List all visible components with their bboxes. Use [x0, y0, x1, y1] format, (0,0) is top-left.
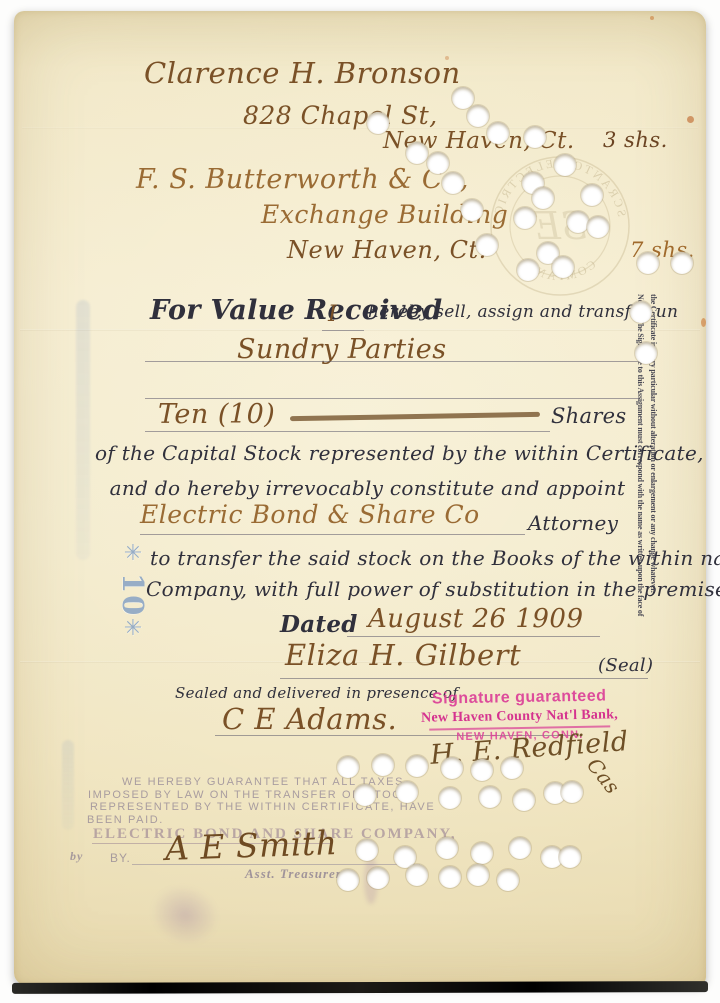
pronoun-fill: I	[328, 302, 337, 327]
dated-label: Dated	[280, 611, 358, 638]
punch-hole	[559, 846, 581, 868]
treasurer-title: Asst. Treasurer,	[245, 866, 345, 882]
punch-hole	[532, 187, 554, 209]
punch-hole	[467, 864, 489, 886]
punch-hole	[452, 87, 474, 109]
ornament-star-icon: ✳	[115, 616, 151, 641]
stamp-line-1: Signature guaranteed	[421, 687, 618, 708]
punch-hole	[427, 152, 449, 174]
ink-bleedthrough-streak	[76, 300, 90, 560]
punch-hole	[567, 211, 589, 233]
fill-line	[322, 330, 364, 331]
punch-hole	[442, 172, 464, 194]
punch-hole	[581, 184, 603, 206]
punch-hole	[471, 759, 493, 781]
punch-hole	[635, 342, 657, 364]
punch-hole	[517, 259, 539, 281]
shareholder-city: New Haven, Ct.	[287, 236, 487, 264]
attorney-word: Attorney	[528, 511, 618, 535]
form-line	[145, 431, 550, 432]
punch-hole	[487, 122, 509, 144]
foxing-spot	[650, 16, 654, 20]
punch-hole	[396, 781, 418, 803]
shareholder-name: F. S. Butterworth & Co,	[136, 164, 469, 195]
shareholder-name: Clarence H. Bronson	[144, 56, 461, 90]
punch-hole	[441, 757, 463, 779]
date-fill: August 26 1909	[368, 604, 583, 634]
punch-hole	[671, 252, 693, 274]
tax-stamp-line-3: REPRESENTED BY THE WITHIN CERTIFICATE, H…	[90, 801, 435, 813]
form-line	[140, 534, 525, 535]
punch-hole	[476, 234, 498, 256]
denomination-value: 10	[116, 573, 150, 609]
punch-hole	[513, 789, 535, 811]
punch-hole	[337, 869, 359, 891]
ink-bleedthrough-streak	[62, 740, 74, 830]
appoint-line: and do hereby irrevocably constitute and…	[95, 476, 640, 500]
capital-stock-line: of the Capital Stock represented by the …	[95, 441, 640, 465]
punch-hole	[439, 787, 461, 809]
treasurer-signature: A E Smith	[164, 823, 338, 868]
attorney-name-fill: Electric Bond & Share Co	[140, 500, 480, 529]
punch-hole	[509, 837, 531, 859]
punch-hole	[587, 216, 609, 238]
form-line	[347, 636, 600, 637]
share-count-fill: Ten (10)	[158, 399, 275, 430]
tax-stamp-line-4: BEEN PAID.	[87, 814, 164, 826]
punch-hole	[554, 154, 576, 176]
stamp-line-2: New Haven County Nat'l Bank,	[421, 707, 618, 726]
punch-hole	[337, 756, 359, 778]
punch-hole	[372, 754, 394, 776]
punch-hole	[461, 199, 483, 221]
punch-hole	[367, 867, 389, 889]
punch-hole	[630, 301, 652, 323]
punch-hole	[471, 842, 493, 864]
witness-signature: C E Adams.	[222, 702, 397, 736]
shares-word: Shares	[551, 404, 626, 428]
ornament-star-icon: ✳	[115, 541, 151, 566]
punch-hole	[406, 864, 428, 886]
punch-hole	[552, 256, 574, 278]
punch-hole	[479, 786, 501, 808]
punch-hole	[439, 866, 461, 888]
punch-hole	[367, 112, 389, 134]
punch-hole	[501, 757, 523, 779]
by-faint-label: by	[70, 849, 83, 864]
foxing-spot	[701, 318, 706, 327]
punch-hole	[406, 755, 428, 777]
punch-hole	[467, 105, 489, 127]
witness-clause: Sealed and delivered in presence of	[175, 684, 458, 702]
punch-hole	[354, 784, 376, 806]
punch-hole	[524, 126, 546, 148]
punch-hole	[497, 869, 519, 891]
punch-hole	[436, 837, 458, 859]
signature-line	[280, 678, 648, 679]
shareholder-address: 828 Chapel St,	[243, 101, 438, 130]
punch-hole	[356, 839, 378, 861]
punch-hole	[637, 252, 659, 274]
assignor-signature: Eliza H. Gilbert	[285, 638, 521, 672]
punch-hole	[406, 142, 428, 164]
scanned-certificate-back: ✶ SCRANTON ELECTRIC ✶ COMPANY SE ✳ 10 ✳ …	[0, 0, 720, 1003]
punch-hole	[514, 207, 536, 229]
share-count-note: 3 shs.	[603, 128, 668, 152]
form-line	[145, 361, 640, 362]
by-label: BY.	[110, 851, 131, 865]
scan-edge-shadow	[12, 981, 708, 994]
foxing-spot	[687, 116, 694, 123]
punch-hole	[561, 781, 583, 803]
